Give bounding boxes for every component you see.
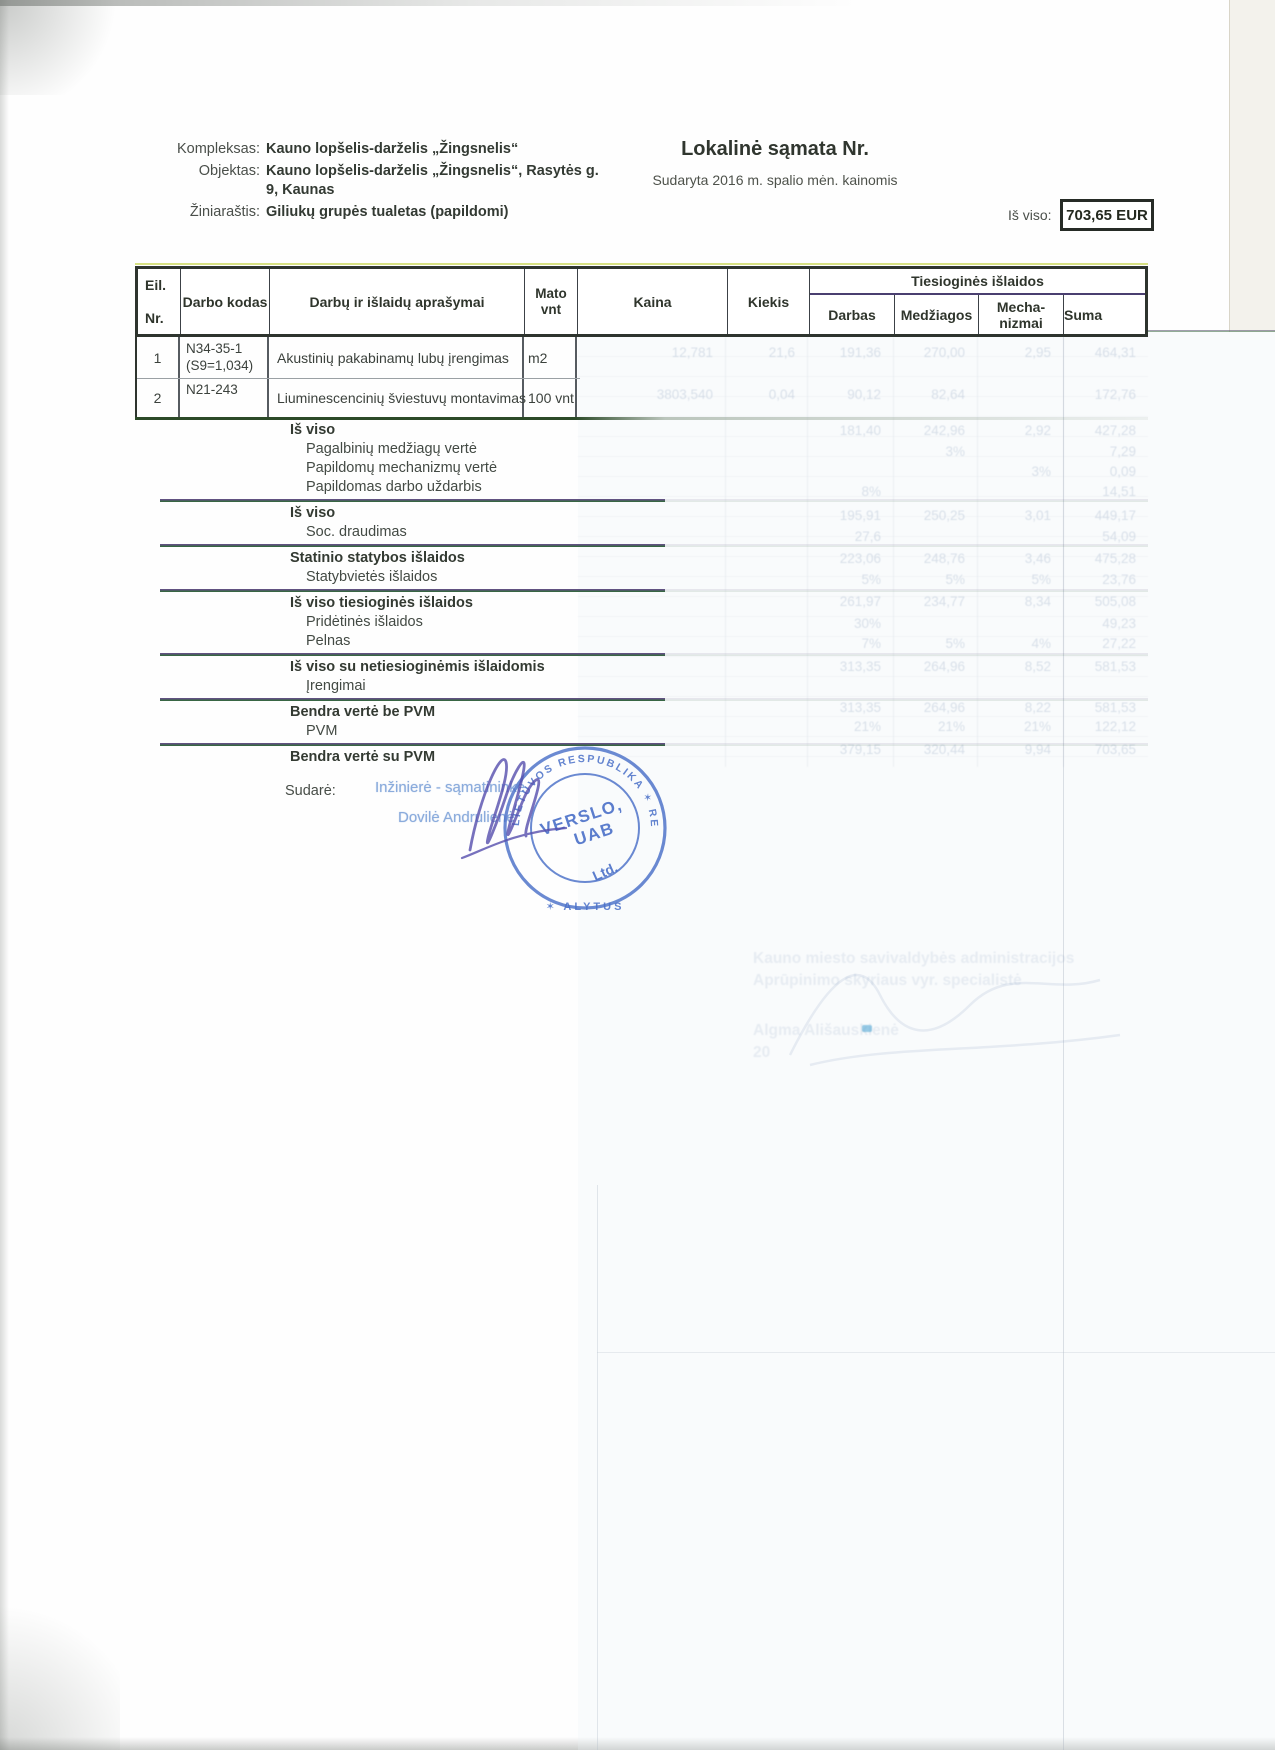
column-header-darbo-kodas: Darbo kodas [181, 269, 270, 334]
column-header-darbas: Darbas [810, 295, 895, 334]
column-header-mechanizmai: Mecha- nizmai [979, 295, 1064, 334]
direct-costs-subcolumns: Darbas Medžiagos Mecha- nizmai Suma [810, 295, 1145, 334]
faded-darbas: 30% [807, 616, 893, 634]
faded-kiekis: 21,6 [725, 345, 807, 363]
work-code-line1: N21-243 [186, 381, 266, 398]
faded-kaina [578, 616, 725, 634]
faded-medziagos: 3% [893, 444, 977, 462]
work-code-line2: (S9=1,034) [186, 357, 266, 374]
column-header-suma: Suma [1064, 295, 1102, 334]
faded-suma: 0,09 [1063, 464, 1148, 482]
faded-value-row: 3803,540 0,04 90,12 82,64 172,76 [578, 387, 1148, 405]
faded-suma: 27,22 [1063, 636, 1148, 654]
faded-value-row: 181,40 242,96 2,92 427,28 [578, 423, 1148, 441]
faded-kaina [578, 464, 725, 482]
header-field-label: Žiniaraštis: [168, 203, 260, 222]
faded-mechanizmai [977, 444, 1063, 462]
faded-darbas: 7% [807, 636, 893, 654]
faded-kiekis [725, 594, 807, 612]
faded-kaina [578, 551, 725, 569]
faded-value-row: 30% 49,23 [578, 616, 1148, 634]
work-code-line1: N34-35-1 [186, 340, 266, 357]
column-header-kaina: Kaina [578, 269, 728, 334]
page-subtitle: Sudaryta 2016 m. spalio mėn. kainomis [605, 172, 945, 188]
faded-darbas [807, 444, 893, 462]
column-group-tiesiogines-islaidos: Tiesioginės išlaidos [810, 269, 1145, 295]
faded-kaina: 12,781 [578, 345, 725, 363]
faded-kiekis [725, 444, 807, 462]
row-number: 1 [137, 350, 178, 366]
faded-kaina [578, 594, 725, 612]
faded-suma: 7,29 [1063, 444, 1148, 462]
faded-suma: 172,76 [1063, 387, 1148, 405]
work-code: N21-243 [186, 381, 266, 398]
faded-darbas: 8% [807, 484, 893, 502]
work-description: Liuminescencinių šviestuvų montavimas [277, 390, 526, 406]
faded-medziagos: 248,76 [893, 551, 977, 569]
faded-darbas: 5% [807, 572, 893, 590]
faded-kiekis [725, 484, 807, 502]
faded-medziagos [893, 616, 977, 634]
faded-value-row: 8% 14,51 [578, 484, 1148, 502]
stamp-ring-text: LIETUVOS RESPUBLIKA ✶ REPUBLIC O [452, 698, 660, 829]
total-label: Iš viso: [1008, 207, 1052, 223]
faded-value-row: 223,06 248,76 3,46 475,28 [578, 551, 1148, 569]
faded-kaina [578, 484, 725, 502]
paper-fold-vertical-center [597, 1185, 598, 1750]
faded-medziagos: 242,96 [893, 423, 977, 441]
faded-value-row: 3% 0,09 [578, 464, 1148, 482]
faded-mechanizmai: 3,01 [977, 508, 1063, 526]
scan-shadow-top-left [0, 0, 130, 95]
faded-medziagos: 270,00 [893, 345, 977, 363]
svg-text:LIETUVOS RESPUBLIKA ✶ REPUBLIC: LIETUVOS RESPUBLIKA ✶ REPUBLIC O [452, 698, 660, 829]
prepared-by-label: Sudarė: [285, 783, 336, 799]
table-top-scan-fringe [135, 263, 1148, 265]
faded-darbas: 195,91 [807, 508, 893, 526]
header-field: Objektas: Kauno lopšelis-darželis „Žings… [168, 162, 608, 200]
faded-medziagos: 234,77 [893, 594, 977, 612]
faded-medziagos: 320,44 [893, 742, 977, 760]
col-mecha-line1: Mecha- [997, 299, 1045, 315]
faded-suma: 475,28 [1063, 551, 1148, 569]
stamp-bottom-text: ✶ ALYTUS [546, 901, 625, 913]
faded-darbas: 191,36 [807, 345, 893, 363]
faded-kaina [578, 529, 725, 547]
faded-kiekis [725, 719, 807, 737]
faded-darbas: 379,15 [807, 742, 893, 760]
header-field-value: Giliukų grupės tualetas (papildomi) [266, 203, 602, 222]
faded-mechanizmai: 2,92 [977, 423, 1063, 441]
faded-darbas: 21% [807, 719, 893, 737]
direct-costs-group: Tiesioginės išlaidos Darbas Medžiagos Me… [810, 269, 1145, 334]
faded-kiekis [725, 508, 807, 526]
scanned-document-page: Kompleksas: Kauno lopšelis-darželis „Žin… [0, 0, 1275, 1750]
faded-value-row: 7% 5% 4% 27,22 [578, 636, 1148, 654]
faded-suma: 23,76 [1063, 572, 1148, 590]
faded-value-row: 3% 7,29 [578, 444, 1148, 462]
col-mecha-line2: nizmai [999, 315, 1043, 331]
faded-kiekis [725, 742, 807, 760]
faded-darbas: 261,97 [807, 594, 893, 612]
faded-medziagos: 250,25 [893, 508, 977, 526]
faded-mechanizmai: 8,34 [977, 594, 1063, 612]
work-unit: m2 [528, 350, 547, 366]
work-description: Akustinių pakabinamų lubų įrengimas [277, 350, 509, 366]
faded-suma: 122,12 [1063, 719, 1148, 737]
faded-suma: 581,53 [1063, 700, 1148, 718]
faded-suma: 505,08 [1063, 594, 1148, 612]
row-number: 2 [137, 390, 178, 406]
faded-darbas: 27,6 [807, 529, 893, 547]
faded-mechanizmai: 9,94 [977, 742, 1063, 760]
bleed-through-signature [770, 935, 1150, 1085]
faded-suma: 449,17 [1063, 508, 1148, 526]
faded-medziagos [893, 484, 977, 502]
faded-mechanizmai: 3% [977, 464, 1063, 482]
work-code: N34-35-1 (S9=1,034) [186, 340, 266, 374]
header-field-label: Kompleksas: [168, 140, 260, 159]
faded-kiekis [725, 423, 807, 441]
header-field-value: Kauno lopšelis-darželis „Žingsnelis“, Ra… [266, 162, 602, 200]
faded-kaina [578, 444, 725, 462]
header-field-label: Objektas: [168, 162, 260, 200]
column-header-mato-vnt: Mato vnt [525, 269, 578, 334]
underlying-sheet-edge [1229, 0, 1275, 332]
faded-medziagos [893, 529, 977, 547]
faded-kaina: 3803,540 [578, 387, 725, 405]
faded-suma: 14,51 [1063, 484, 1148, 502]
faded-kaina [578, 423, 725, 441]
faded-suma: 464,31 [1063, 345, 1148, 363]
faded-darbas: 313,35 [807, 700, 893, 718]
column-header-medziagos: Medžiagos [895, 295, 979, 334]
faded-medziagos [893, 464, 977, 482]
faded-darbas: 181,40 [807, 423, 893, 441]
faded-kiekis [725, 616, 807, 634]
faded-value-row: 12,781 21,6 191,36 270,00 2,95 464,31 [578, 345, 1148, 363]
table-header: Eil. Nr. Darbo kodas Darbų ir išlaidų ap… [135, 266, 1148, 337]
faded-mechanizmai: 4% [977, 636, 1063, 654]
faded-darbas: 223,06 [807, 551, 893, 569]
faded-darbas: 313,35 [807, 659, 893, 677]
column-header-aprasymai: Darbų ir išlaidų aprašymai [270, 269, 525, 334]
faded-medziagos: 5% [893, 636, 977, 654]
faded-kiekis [725, 551, 807, 569]
faded-mechanizmai [977, 529, 1063, 547]
work-unit: 100 vnt [528, 390, 574, 406]
faded-value-row: 195,91 250,25 3,01 449,17 [578, 508, 1148, 526]
faded-kaina [578, 572, 725, 590]
page-title: Lokalinė sąmata Nr. [640, 138, 910, 161]
paper-fold-horizontal [597, 1352, 1275, 1353]
faded-mechanizmai: 2,95 [977, 345, 1063, 363]
faded-kiekis [725, 636, 807, 654]
faded-value-row: 313,35 264,96 8,52 581,53 [578, 659, 1148, 677]
faded-medziagos: 82,64 [893, 387, 977, 405]
ink-speck [862, 1025, 872, 1032]
faded-kiekis [725, 659, 807, 677]
faded-darbas [807, 464, 893, 482]
faded-medziagos: 21% [893, 719, 977, 737]
faded-mechanizmai: 8,22 [977, 700, 1063, 718]
scan-shadow-bottom-left [0, 1600, 120, 1750]
faded-kaina [578, 636, 725, 654]
faded-mechanizmai: 8,52 [977, 659, 1063, 677]
faded-kiekis [725, 464, 807, 482]
faded-value-row: 261,97 234,77 8,34 505,08 [578, 594, 1148, 612]
faded-suma: 54,09 [1063, 529, 1148, 547]
document-header-fields: Kompleksas: Kauno lopšelis-darželis „Žin… [168, 140, 608, 225]
faded-medziagos: 264,96 [893, 659, 977, 677]
faded-mechanizmai [977, 484, 1063, 502]
faded-value-row: 5% 5% 5% 23,76 [578, 572, 1148, 590]
header-field: Kompleksas: Kauno lopšelis-darželis „Žin… [168, 140, 608, 159]
faded-suma: 49,23 [1063, 616, 1148, 634]
column-header-kiekis: Kiekis [728, 269, 810, 334]
faded-mechanizmai [977, 387, 1063, 405]
faded-suma: 581,53 [1063, 659, 1148, 677]
faded-suma: 427,28 [1063, 423, 1148, 441]
faded-mechanizmai [977, 616, 1063, 634]
faded-medziagos: 5% [893, 572, 977, 590]
faded-mechanizmai: 3,46 [977, 551, 1063, 569]
faded-kiekis [725, 700, 807, 718]
faded-kaina [578, 659, 725, 677]
faded-kiekis: 0,04 [725, 387, 807, 405]
faded-suma: 703,65 [1063, 742, 1148, 760]
header-field-value: Kauno lopšelis-darželis „Žingsnelis“ [266, 140, 602, 159]
faded-kiekis [725, 529, 807, 547]
faded-mechanizmai: 5% [977, 572, 1063, 590]
scan-shadow-left [0, 0, 9, 1750]
col-eil-line1: Eil. [145, 277, 166, 293]
stamp-ltd-text: Ltd. [590, 859, 620, 884]
faded-kiekis [725, 572, 807, 590]
header-field: Žiniaraštis: Giliukų grupės tualetas (pa… [168, 203, 608, 222]
col-eil-line2: Nr. [145, 310, 164, 326]
faded-darbas: 90,12 [807, 387, 893, 405]
faded-value-row: 27,6 54,09 [578, 529, 1148, 547]
faded-mechanizmai: 21% [977, 719, 1063, 737]
faded-kaina [578, 508, 725, 526]
faded-medziagos: 264,96 [893, 700, 977, 718]
column-header-eil-nr: Eil. Nr. [138, 269, 181, 334]
company-stamp: LIETUVOS RESPUBLIKA ✶ REPUBLIC O ✶ ALYTU… [452, 698, 722, 938]
total-value-box: 703,65 EUR [1060, 199, 1154, 231]
